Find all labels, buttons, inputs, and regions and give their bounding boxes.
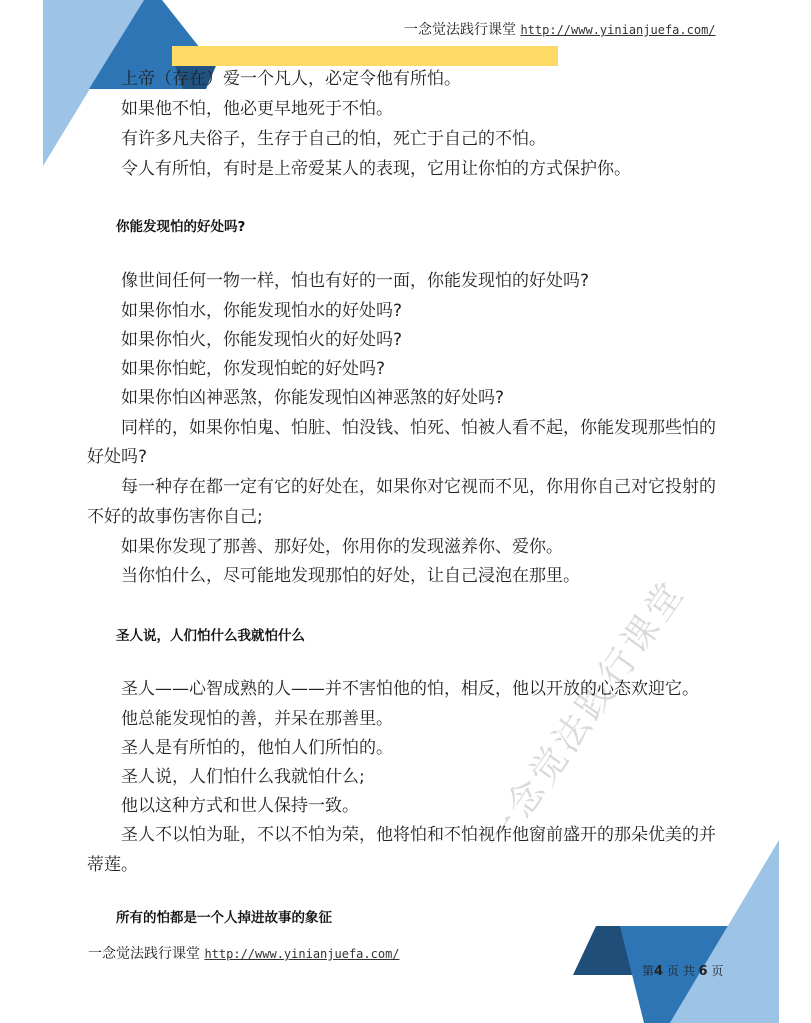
paragraph-line: 好处吗? [87,447,147,467]
section-heading: 圣人说，人们怕什么我就怕什么 [116,624,305,644]
page-number-prefix: 第 [642,964,654,978]
page-number-total: 6 [699,964,708,979]
watermark: 一念觉法践行课堂 [470,568,695,859]
paragraph-line: 不好的故事伤害你自己; [87,507,263,527]
header-site-name: 一念觉法践行课堂 [404,22,516,38]
header-site-link[interactable]: http://www.yinianjuefa.com/ [520,23,715,37]
dark-blue-parallelogram [573,926,640,975]
paragraph-line: 圣人说，人们怕什么我就怕什么; [121,767,365,787]
paragraph-line: 像世间任何一物一样，怕也有好的一面，你能发现怕的好处吗? [121,271,589,291]
paragraph-line: 如果你发现了那善、那好处，你用你的发现滋养你、爱你。 [121,537,563,557]
footer-site-name: 一念觉法践行课堂 [88,946,200,962]
paragraph-line: 如果他不怕，他必更早地死于不怕。 [121,99,393,119]
paragraph-line: 圣人是有所怕的，他怕人们所怕的。 [121,738,393,758]
paragraph-line: 令人有所怕，有时是上帝爱某人的表现，它用让你怕的方式保护你。 [121,159,631,179]
paragraph-line: 当你怕什么，尽可能地发现那怕的好处，让自己浸泡在那里。 [121,566,580,586]
paragraph-line: 他总能发现怕的善，并呆在那善里。 [121,709,393,729]
page-number-mid: 页 共 [663,964,698,978]
footer-site-link[interactable]: http://www.yinianjuefa.com/ [204,947,399,961]
paragraph-line: 蒂莲。 [87,855,138,875]
page-header: 一念觉法践行课堂 http://www.yinianjuefa.com/ [404,19,716,39]
paragraph-line: 有许多凡夫俗子，生存于自己的怕，死亡于自己的不怕。 [121,129,546,149]
page-number-current: 4 [654,964,663,979]
page-number-suffix: 页 [708,964,724,978]
section-heading: 所有的怕都是一个人掉进故事的象征 [116,906,332,926]
paragraph-line: 同样的，如果你怕鬼、怕脏、怕没钱、怕死、怕被人看不起，你能发现那些怕的 [121,418,716,438]
paragraph-line: 如果你怕凶神恶煞，你能发现怕凶神恶煞的好处吗? [121,388,504,408]
page-footer: 一念觉法践行课堂 http://www.yinianjuefa.com/ [88,943,400,963]
header-accent-bar [172,46,558,66]
paragraph-line: 圣人——心智成熟的人——并不害怕他的怕，相反，他以开放的心态欢迎它。 [121,679,699,699]
paragraph-line: 他以这种方式和世人保持一致。 [121,796,359,816]
page-number: 第4 页 共 6 页 [642,962,723,979]
paragraph-line: 如果你怕蛇，你发现怕蛇的好处吗? [121,359,385,379]
light-blue-triangle-bottom [670,840,779,1023]
paragraph-line: 如果你怕水，你能发现怕水的好处吗? [121,301,402,321]
section-heading: 你能发现怕的好处吗? [116,215,245,235]
paragraph-line: 圣人不以怕为耻，不以不怕为荣，他将怕和不怕视作他窗前盛开的那朵优美的并 [121,825,716,845]
paragraph-line: 每一种存在都一定有它的好处在，如果你对它视而不见，你用你自己对它投射的 [121,477,716,497]
paragraph-line: 如果你怕火，你能发现怕火的好处吗? [121,330,402,350]
paragraph-line: 上帝（存在）爱一个凡人，必定令他有所怕。 [121,69,461,89]
